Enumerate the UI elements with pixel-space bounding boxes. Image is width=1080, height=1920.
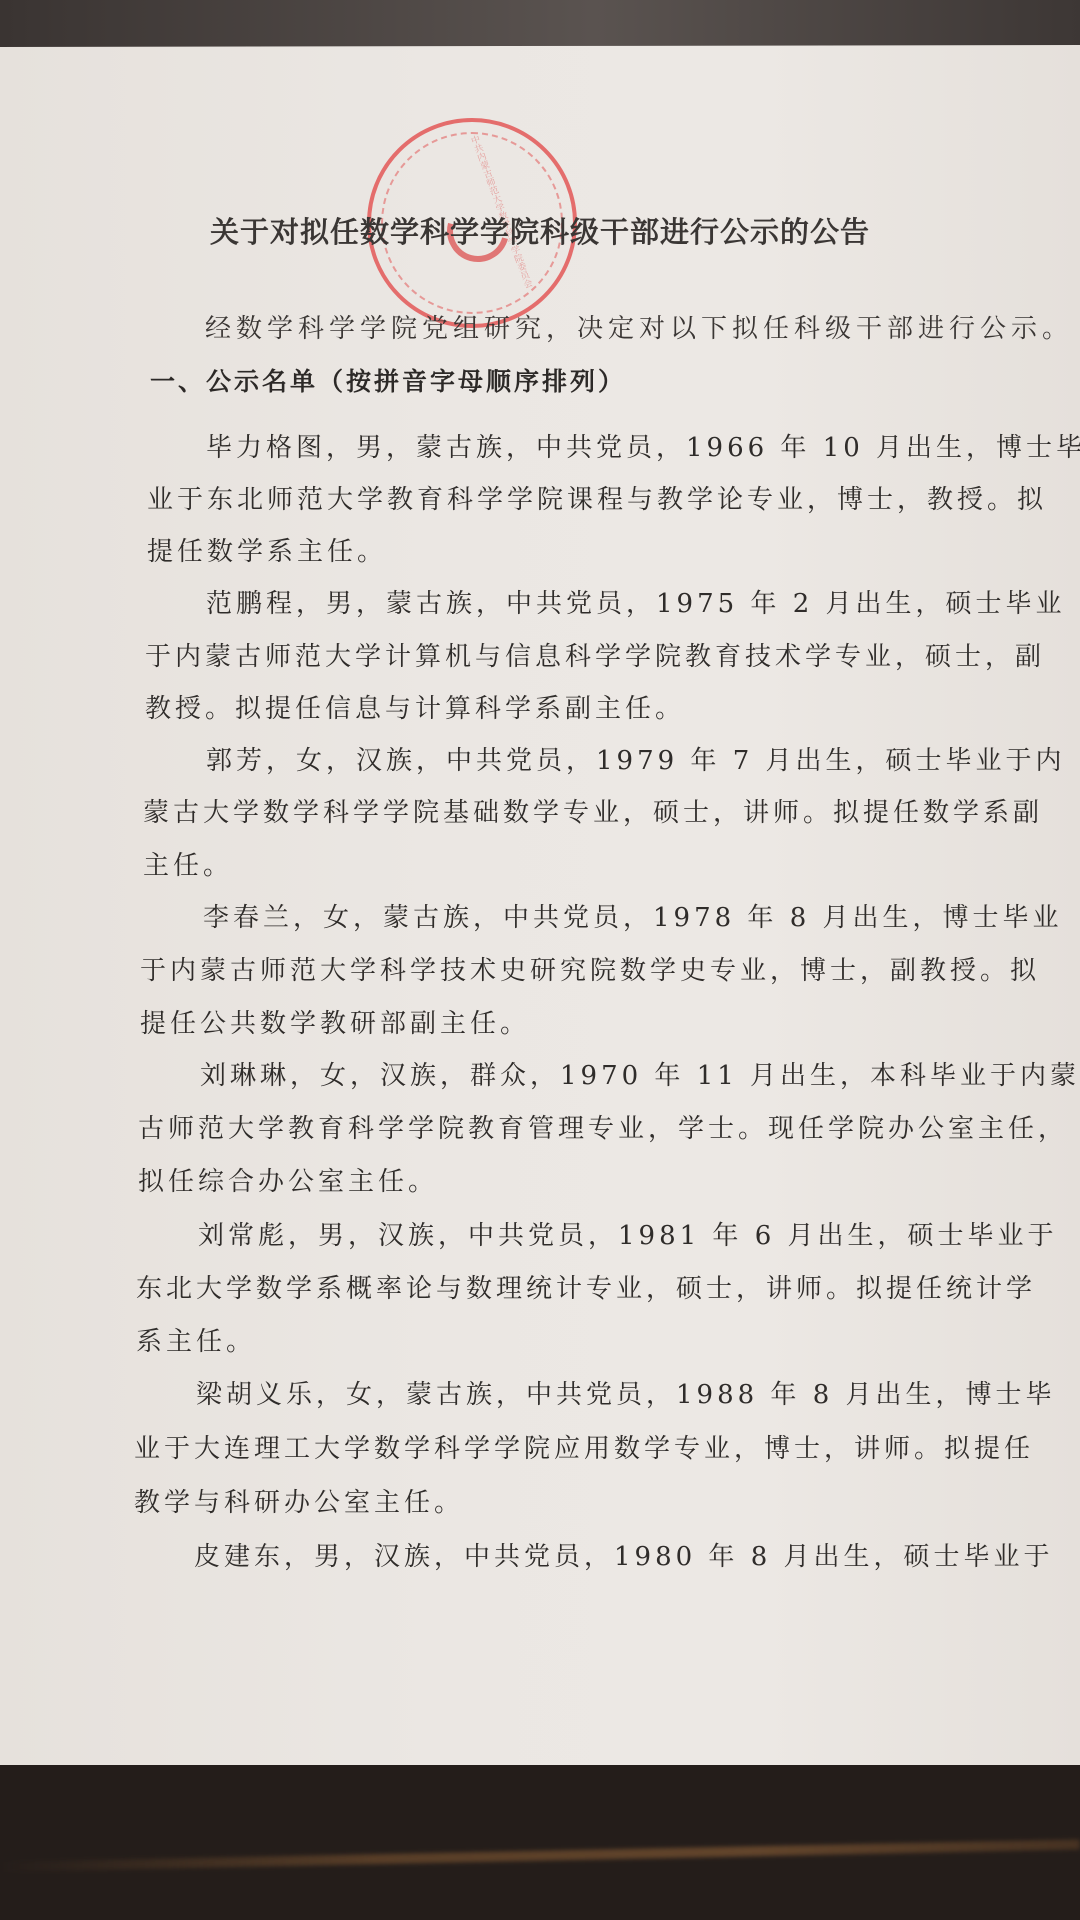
entry-line: 刘琳琳，女，汉族，群众，1970 年 11 月出生，本科毕业于内蒙 xyxy=(200,1055,1080,1092)
entry-line: 皮建东，男，汉族，中共党员，1980 年 8 月出生，硕士毕业于 xyxy=(194,1536,1054,1573)
intro-paragraph: 经数学科学学院党组研究，决定对以下拟任科级干部进行公示。 xyxy=(205,308,1073,345)
entry-line: 提任数学系主任。 xyxy=(147,531,387,568)
entry-line: 业于东北师范大学教育科学学院课程与教学论专业，博士，教授。拟 xyxy=(147,479,1047,516)
document-title: 关于对拟任数学科学学院科级干部进行公示的公告 xyxy=(210,210,870,251)
photo-scene: 中共内蒙古师范大学数学科学学院委员会 关于对拟任数学科学学院科级干部进行公示的公… xyxy=(0,0,1080,1920)
background-surface-top xyxy=(0,0,1080,48)
entry-line: 教授。拟提任信息与计算科学系副主任。 xyxy=(145,688,685,725)
entry-line: 毕力格图，男，蒙古族，中共党员，1966 年 10 月出生，博士毕 xyxy=(206,427,1080,464)
entry-line: 古师范大学教育科学学院教育管理专业，学士。现任学院办公室主任， xyxy=(138,1108,1068,1145)
entry-line: 刘常彪，男，汉族，中共党员，1981 年 6 月出生，硕士毕业于 xyxy=(198,1215,1058,1252)
entry-line: 于内蒙古师范大学计算机与信息科学学院教育技术学专业，硕士，副 xyxy=(145,636,1045,673)
entry-line: 范鹏程，男，蒙古族，中共党员，1975 年 2 月出生，硕士毕业 xyxy=(206,583,1066,620)
entry-line: 东北大学数学系概率论与数理统计专业，硕士，讲师。拟提任统计学 xyxy=(136,1268,1036,1305)
entry-line: 系主任。 xyxy=(136,1321,256,1358)
entry-line: 李春兰，女，蒙古族，中共党员，1978 年 8 月出生，博士毕业 xyxy=(203,897,1063,934)
entry-line: 主任。 xyxy=(143,845,233,882)
entry-line: 业于大连理工大学数学科学学院应用数学专业，博士，讲师。拟提任 xyxy=(134,1428,1034,1465)
entry-line: 提任公共数学教研部副主任。 xyxy=(140,1003,530,1040)
entry-line: 拟任综合办公室主任。 xyxy=(138,1161,438,1198)
section-heading: 一、公示名单（按拼音字母顺序排列） xyxy=(150,362,626,398)
entry-line: 蒙古大学数学科学学院基础数学专业，硕士，讲师。拟提任数学系副 xyxy=(143,792,1043,829)
entry-line: 于内蒙古师范大学科学技术史研究院数学史专业，博士，副教授。拟 xyxy=(140,950,1040,987)
entry-line: 教学与科研办公室主任。 xyxy=(134,1482,464,1519)
entry-line: 梁胡义乐，女，蒙古族，中共党员，1988 年 8 月出生，博士毕 xyxy=(196,1374,1056,1411)
entry-line: 郭芳，女，汉族，中共党员，1979 年 7 月出生，硕士毕业于内 xyxy=(206,740,1066,777)
